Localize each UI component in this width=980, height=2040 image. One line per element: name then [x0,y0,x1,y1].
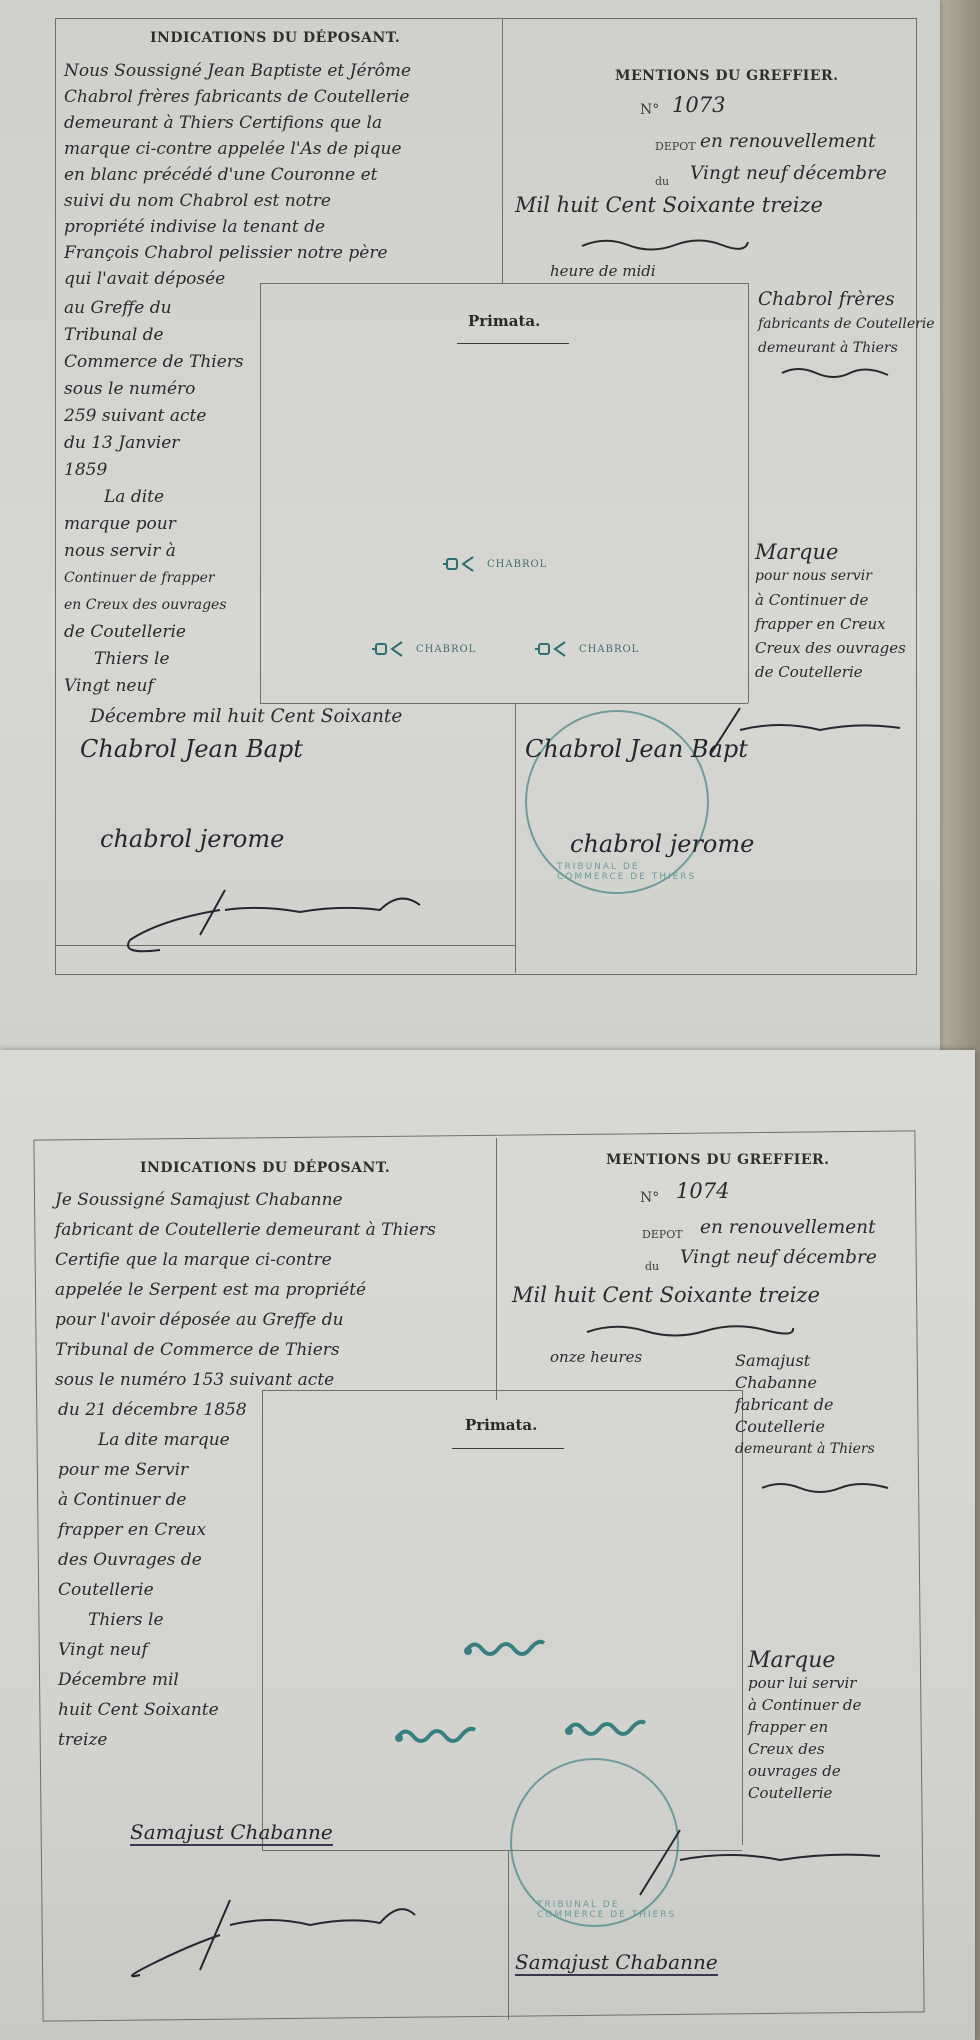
deposit-number: 1073 [672,92,725,119]
trademark-impression: CHABROL [372,640,476,658]
number-label: N° [640,1190,659,1206]
du-label: du [645,1260,659,1273]
signature-samajust-chabanne: Samajust Chabanne [130,1820,333,1846]
declaration-text-narrow: du 21 décembre 1858 La dite marque pour … [58,1395,247,1755]
flourish-wave-icon [760,1480,890,1496]
mark-box-bottom [260,703,748,704]
depot-value: en renouvellement [700,130,876,154]
flourish-wave-icon [780,365,890,381]
signature-samajust-chabanne-right: Samajust Chabanne [515,1950,718,1976]
trademark-impression: CHABROL [443,555,547,573]
mark-description: Marque pour nous servir à Continuer de f… [755,540,906,684]
header-indications-deposant: INDICATIONS DU DÉPOSANT. [150,30,400,46]
date-line-2: Mil huit Cent Soixante treize [512,1282,820,1309]
mark-box-left [260,283,261,703]
crown-ace-of-spades-icon [535,640,575,658]
flourish-wave-icon [580,236,750,254]
greffier-signature-scrawl-icon [100,880,460,960]
deposit-hour: heure de midi [550,262,656,281]
deposit-hour: onze heures [550,1348,642,1367]
mark-caption: Primata. [468,312,540,330]
header-indications-deposant: INDICATIONS DU DÉPOSANT. [140,1160,390,1176]
mark-box-right [748,283,749,703]
greffier-signature-scrawl-icon [620,1820,900,1900]
declaration-text-wide: Je Soussigné Samajust Chabanne fabricant… [55,1185,436,1395]
closing-date-line: Décembre mil huit Cent Soixante [90,705,402,729]
mark-caption-rule [457,343,569,344]
mark-caption: Primata. [465,1416,537,1434]
du-label: du [655,175,669,188]
serpent-mark-icon [563,1715,649,1741]
header-mentions-greffier: MENTIONS DU GREFFIER. [615,68,839,84]
number-label: N° [640,102,659,118]
serpent-mark-icon [393,1722,479,1748]
register-page-1073: INDICATIONS DU DÉPOSANT. MENTIONS DU GRE… [0,0,940,1060]
mark-caption-rule [452,1448,564,1449]
declaration-text-wide: Nous Soussigné Jean Baptiste et Jérôme C… [64,58,411,292]
declaration-text-narrow: au Greffe du Tribunal de Commerce de Thi… [64,295,244,700]
deposit-number: 1074 [676,1178,729,1205]
flourish-wave-icon [585,1322,795,1340]
header-mentions-greffier: MENTIONS DU GREFFIER. [606,1152,830,1168]
depot-value: en renouvellement [700,1216,876,1240]
signature-divider [515,703,516,973]
register-page-1074: INDICATIONS DU DÉPOSANT. MENTIONS DU GRE… [0,1050,975,2040]
mark-description: Marque pour lui servir à Continuer de fr… [748,1650,861,1804]
depositor-block: Chabrol frères fabricants de Coutellerie… [758,288,935,360]
signature-chabrol-jerome-right: chabrol jerome [570,830,754,858]
signature-chabrol-jerome: chabrol jerome [100,825,284,853]
signature-divider [508,1850,509,2020]
crown-ace-of-spades-icon [372,640,412,658]
signature-chabrol-jean-baptiste: Chabrol Jean Bapt [80,735,303,763]
mark-box-left [262,1390,263,1850]
date-line-1: Vingt neuf décembre [690,162,887,186]
crown-ace-of-spades-icon [443,555,483,573]
column-divider [496,1138,497,1400]
date-line-2: Mil huit Cent Soixante treize [515,192,823,219]
depot-label: DEPOT [655,140,696,153]
column-divider [502,18,503,283]
depositor-block: Samajust Chabanne fabricant de Couteller… [735,1350,875,1460]
serpent-mark-icon [462,1635,548,1661]
date-line-1: Vingt neuf décembre [680,1246,877,1270]
signature-greffier: greffier signature [130,1920,345,1948]
greffier-signature-scrawl-icon [700,700,920,760]
depot-label: DEPOT [642,1228,683,1241]
trademark-impression: CHABROL [535,640,639,658]
